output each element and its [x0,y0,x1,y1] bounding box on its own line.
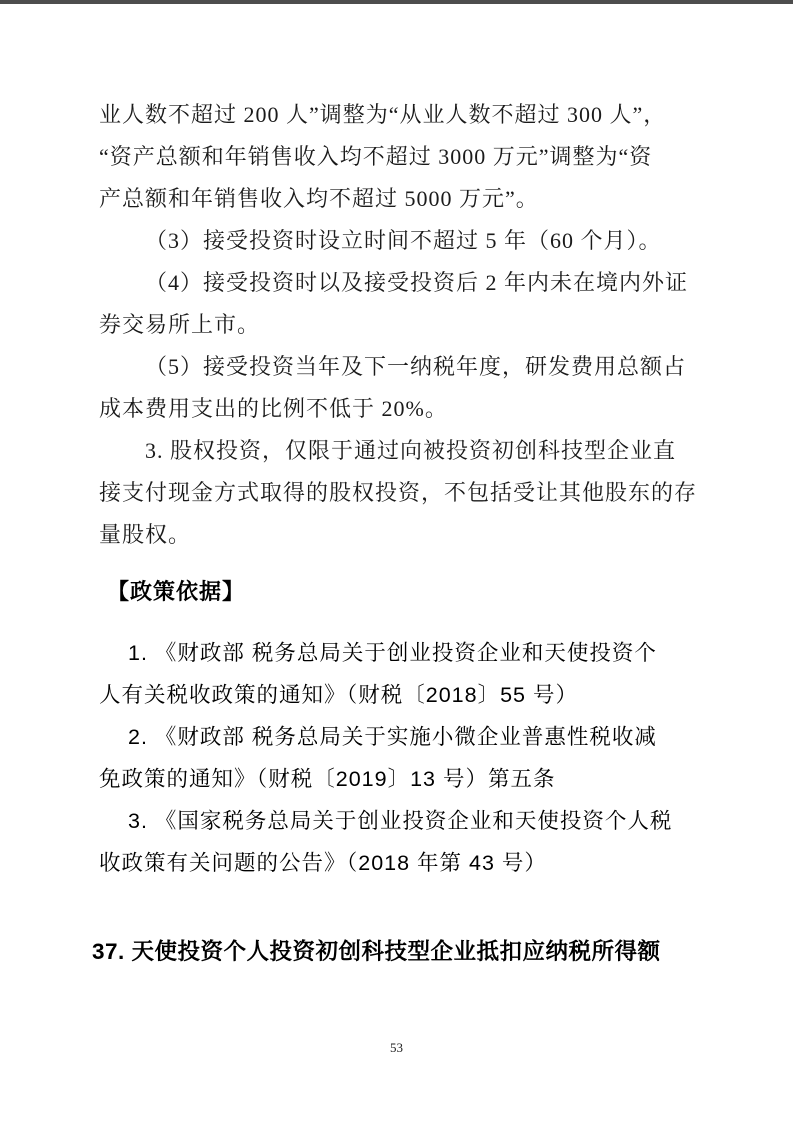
document-page: 业人数不超过 200 人”调整为“从业人数不超过 300 人”， “资产总额和年… [0,0,793,1122]
page-top-edge [0,0,793,4]
page-number: 53 [0,1038,793,1058]
paragraph-smb-criteria-continuation: 业人数不超过 200 人”调整为“从业人数不超过 300 人”， “资产总额和年… [99,94,684,220]
policy-basis-heading: 【政策依据】 [107,571,684,613]
page-content: 业人数不超过 200 人”调整为“从业人数不超过 300 人”， “资产总额和年… [99,94,684,973]
policy-basis-item-2: 2. 《财政部 税务总局关于实施小微企业普惠性税收减 免政策的通知》（财税〔20… [99,716,684,800]
paragraph-condition-5: （5）接受投资当年及下一纳税年度，研发费用总额占 成本费用支出的比例不低于 20… [99,346,684,430]
section-37-heading: 37. 天使投资个人投资初创科技型企业抵扣应纳税所得额 [92,931,684,973]
policy-basis-item-3: 3. 《国家税务总局关于创业投资企业和天使投资个人税 收政策有关问题的公告》（2… [99,800,684,884]
policy-basis-item-1: 1. 《财政部 税务总局关于创业投资企业和天使投资个 人有关税收政策的通知》（财… [99,632,684,716]
policy-basis-list: 1. 《财政部 税务总局关于创业投资企业和天使投资个 人有关税收政策的通知》（财… [99,632,684,884]
paragraph-condition-4: （4）接受投资时以及接受投资后 2 年内未在境内外证 券交易所上市。 [99,262,684,346]
paragraph-condition-3: （3）接受投资时设立时间不超过 5 年（60 个月）。 [99,220,684,262]
paragraph-equity-investment: 3. 股权投资，仅限于通过向被投资初创科技型企业直 接支付现金方式取得的股权投资… [99,430,684,556]
